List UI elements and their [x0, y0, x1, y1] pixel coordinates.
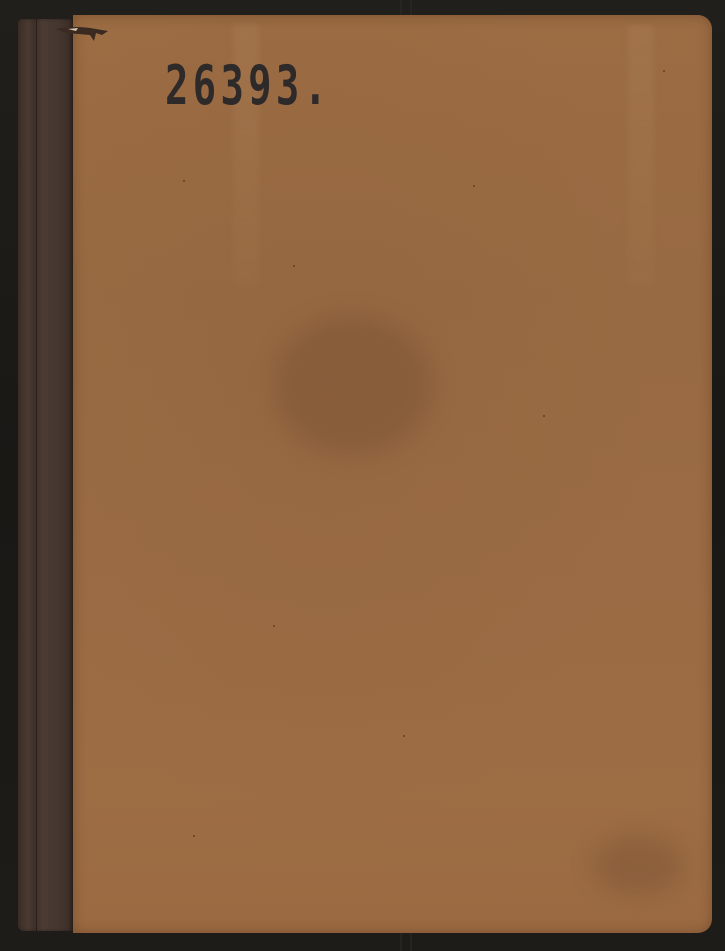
cloth-spine: [18, 19, 73, 931]
paper-speck: [273, 625, 275, 627]
paper-speck: [543, 415, 545, 417]
stain: [593, 835, 683, 895]
catalog-number: 26393.: [165, 59, 331, 113]
stain: [273, 315, 433, 455]
light-streak: [628, 25, 654, 285]
paper-speck: [403, 735, 405, 737]
paper-speck: [663, 70, 665, 72]
book-cover: 26393.: [18, 15, 712, 933]
paper-speck: [293, 265, 295, 267]
paper-speck: [193, 835, 195, 837]
paper-board: 26393.: [73, 15, 712, 933]
paper-speck: [473, 185, 475, 187]
spine-hinge-line: [36, 19, 37, 931]
paper-speck: [183, 180, 185, 182]
torn-label-mark: [56, 23, 108, 45]
